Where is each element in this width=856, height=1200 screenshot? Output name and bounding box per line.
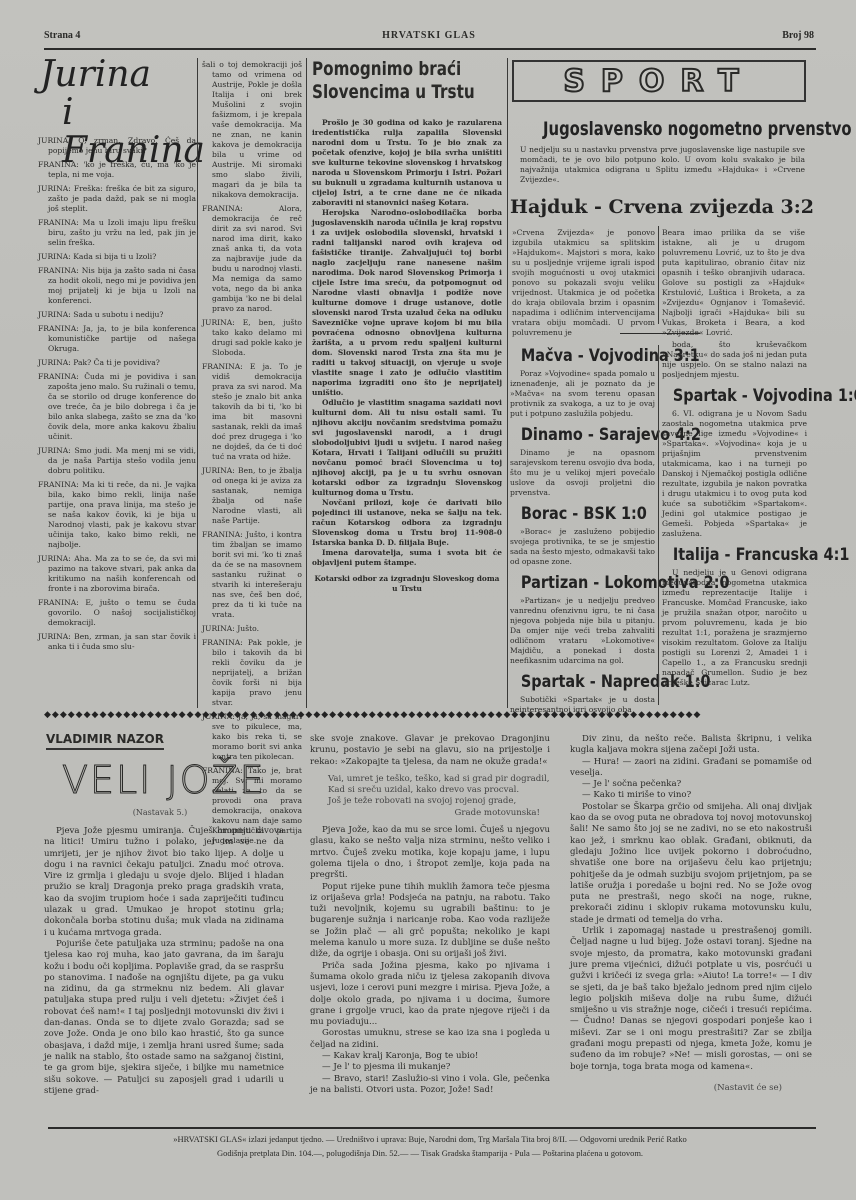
main-match-col1: »Crvena Zvijezda« je ponovo izgubila uta… [512,228,655,338]
match-title: Spartak - Vojvodina 1:0 [673,386,796,406]
separator [620,333,700,334]
continued-note: (Nastavit će se) [570,1083,812,1094]
dialogue-line: šali o toj demokraciji još tamo od vrime… [202,60,302,200]
footer-line-1: »HRVATSKI GLAS« izlazi jedanput tjedno. … [44,1132,816,1146]
footer: »HRVATSKI GLAS« izlazi jedanput tjedno. … [44,1132,816,1160]
dialogue-line: FRANINA: E, jušto o temu se čuda govoril… [38,598,196,628]
verse-line: Grade motovunska! [328,808,550,819]
dialogue-line: JURINA: O, zrman, Zdravo. Ćeš da popijem… [38,136,196,156]
footer-rule [48,1127,816,1129]
dialogue-line: FRANINA: 'ko je freška, ću, ma 'ko je te… [38,160,196,180]
match-reports-left: Mačva - Vojvodina 3:1Poraz »Vojvodine« s… [510,340,655,715]
article-signature: Kotarski odbor za izgradnju Sloveskog do… [312,574,502,594]
serial-paragraph: — Je l' sočna pečenka? [570,779,812,790]
match-report: Poraz »Vojvodine« spada pomalo u iznenađ… [510,369,655,419]
dialogue-line: JURINA: Pak? Ča ti je povidiva? [38,358,196,368]
article-paragraph: Imena darovatelja, suma i svota bit će o… [312,548,502,568]
serial-title: VELI JOŽE [62,758,266,802]
dialogue-line: FRANINA: Pak pokle, je bilo i takovih da… [202,638,302,708]
sport-section-headline: Jugoslavensko nogometno prvenstvo [543,118,852,140]
dialogue-line: FRANINA: Alora, demokracija će reč dirit… [202,204,302,314]
verse-block: Vai, umret je teško, teško, kad si grad … [310,774,550,819]
serial-paragraph: Pojuriše čete patuljaka uza strminu; pad… [44,939,284,1097]
serial-paragraph: Pjeva Jože, kao da mu se srce lomi. Čuje… [310,825,550,881]
serial-paragraph: Priča sada Jožina pjesma, kako po njivam… [310,961,550,1029]
match-title: Spartak - Napredak 1:0 [521,672,644,692]
serial-paragraph: — Je l' to pjesma ili mukanje? [310,1062,550,1073]
match-report: boda, što kruševačkom »Napretku« do sada… [662,340,807,380]
column-rule [306,58,307,708]
serial-paragraph: Div zinu, da nešto reče. Balista škripnu… [570,734,812,757]
dialogue-line: FRANINA: Ma ki ti reče, da ni. Je vajka … [38,480,196,550]
serial-paragraph: Gorostas umuknu, strese se kao iza sna i… [310,1028,550,1051]
dialogue-line: FRANINA: Jušto, i kontra tim žbaljan se … [202,530,302,620]
dialogue-line: FRANINA: Nis bija ja zašto sada ni časa … [38,266,196,306]
serial-paragraph: — Kako ti miriše to vino? [570,790,812,801]
dialogue-line: JURINA: Sada u subotu i nediju? [38,310,196,320]
footer-line-2: Godišnja pretplata Din. 104.—, polugodiš… [44,1146,816,1160]
dialogue-line: FRANINA: Ma u Izoli imaju lipu frešku bi… [38,218,196,248]
match-report: »Partizan« je u nedjelju predveo vanredn… [510,596,655,666]
dialogue-line: JURINA: Aha. Ma za to se će, da svi mi p… [38,554,196,594]
column-rule [658,345,659,705]
column-rule [197,58,198,708]
verse-line: Vai, umret je teško, teško, kad si grad … [328,774,550,785]
serial-paragraph: — Hura! — zaori na zidini. Građani se po… [570,757,812,780]
dialogue-column-1: JURINA: O, zrman, Zdravo. Ćeš da popijem… [38,136,196,656]
dialogue-line: JURINA: Freška: freška će bit za siguro,… [38,184,196,214]
sport-banner: SPORT [512,60,806,102]
page-header: Strana 4 HRVATSKI GLAS Broj 98 [44,30,814,46]
match-title: Borac - BSK 1:0 [521,504,644,524]
article-paragraph: Novčani prilozi, koje će darivati bilo p… [312,498,502,548]
dialogue-column-2: šali o toj demokraciji još tamo od vrime… [202,60,302,850]
serial-paragraph: — Bravo, stari! Zaslužio-si vino i vola.… [310,1074,550,1097]
match-report: »Borac« je zasluženo pobijedio svojega p… [510,527,655,567]
newspaper-page: Strana 4 HRVATSKI GLAS Broj 98 Jurina i … [0,0,856,1200]
serial-column-3: Div zinu, da nešto reče. Balista škripnu… [570,734,812,1094]
dialogue-line: FRANINA: Ja, ja, to je bila konferenca k… [38,324,196,354]
dialogue-title-line1: Jurina [40,56,192,94]
dialogue-line: FRANINA: E ja. To je vidiš demokracija p… [202,362,302,462]
serial-column-1: Pjeva Jože pjesmu umiranja. Čuješ hropnj… [44,826,284,1097]
serial-paragraph: Urlik i zapomagaj nastade u prestrašenoj… [570,926,812,1073]
masthead-title: HRVATSKI GLAS [44,30,814,41]
dialogue-line: JURINA: E, ben, jušto tako kako delamo m… [202,318,302,358]
serial-paragraph: Pjeva Jože pjesmu umiranja. Čuješ hropnj… [44,826,284,939]
serial-paragraph: Postolar se Škarpa grčio od smijeha. Ali… [570,802,812,926]
serial-column-2: ske svoje znakove. Glavar je prekovao Dr… [310,734,550,1096]
dialogue-line: JURINA: Jušto. [202,624,302,634]
serial-author: VLADIMIR NAZOR [46,732,164,750]
installment-label: (Nastavak 5.) [40,808,280,817]
main-match-col2: Beara imao prilika da se više istakne, a… [662,228,805,338]
match-title: Partizan - Lokomotiva 2:0 [521,573,644,593]
serial-paragraph: — Kakav kralj Karonja, Bog te ubio! [310,1051,550,1062]
match-reports-right: boda, što kruševačkom »Napretku« do sada… [662,340,807,688]
column-rule [507,58,508,708]
sport-banner-text: SPORT [563,64,754,99]
article-paragraph: Herojska Narodno-oslobodilačka borba jug… [312,208,502,398]
dialogue-line: FRANINA: Čuda mi je povidiva i san zapoš… [38,372,196,442]
trieste-headline: Pomognimo braći Slovencima u Trstu [312,58,500,104]
article-paragraph: Odlučio je vlastitim snagama sazidati no… [312,398,502,498]
match-report: Dinamo je na opasnom sarajevskom terenu … [510,448,655,498]
verse-line: Još je teže robovati na svojoj rojenoj g… [328,796,550,807]
issue-number: Broj 98 [782,30,814,41]
main-match-title: Hajduk - Crvena zvijezda 3:2 [510,196,810,218]
match-report: 6. VI. odigrana je u Novom Sadu zaostala… [662,409,807,539]
column-rule [658,226,659,324]
match-report: U nedjelju je u Genovi odigrana međunaro… [662,568,807,688]
dialogue-line: JURINA: Smo judi. Ma menj mi se vidi, da… [38,446,196,476]
verse-line: Kad si sreču uzidal, kako drevo vas proc… [328,785,550,796]
dialogue-line: JURINA: Kada si bija ti u Izoli? [38,252,196,262]
ornamental-divider: ◆◆◆◆◆◆◆◆◆◆◆◆◆◆◆◆◆◆◆◆◆◆◆◆◆◆◆◆◆◆◆◆◆◆◆◆◆◆◆◆… [44,710,816,720]
article-paragraph: Prošlo je 30 godina od kako je razularen… [312,118,502,208]
dialogue-line: JURINA: Ben, to je žbalja od onega ki je… [202,466,302,526]
sport-intro: U nedjelju su u nastavku prvenstva prve … [520,145,805,185]
trieste-body: Prošlo je 30 godina od kako je razularen… [312,118,502,594]
dialogue-line: JURINA: Ben, zrman, ja san star čovik i … [38,632,196,652]
match-title: Mačva - Vojvodina 3:1 [521,346,644,366]
match-title: Italija - Francuska 4:1 [673,545,796,565]
header-rule [44,48,816,50]
match-title: Dinamo - Sarajevo 4:2 [521,425,644,445]
serial-paragraph: Poput rijeke pune tihih muklih žamora te… [310,882,550,961]
serial-paragraph: ske svoje znakove. Glavar je prekovao Dr… [310,734,550,768]
